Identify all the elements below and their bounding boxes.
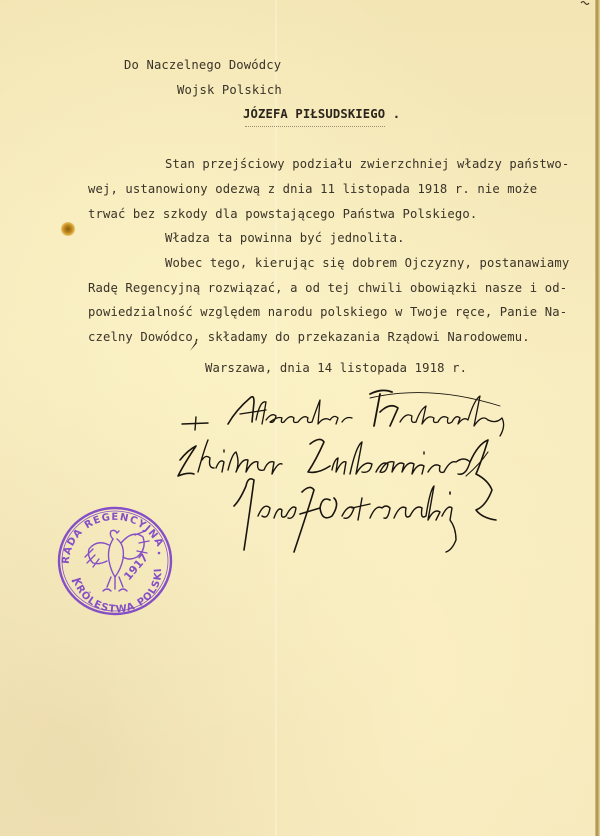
signature-kakowski [228,390,504,436]
cross-mark-icon [182,417,208,430]
address-line-1: Do Naczelnego Dowódcy [124,58,281,72]
body-line-5: Wobec tego, kierując się dobrem Ojczyzny… [165,256,569,270]
body-line-4: Władza ta powinna być jednolita. [165,231,405,245]
body-line-3: trwać bez szkody dla powstającego Państw… [88,207,477,221]
corner-mark-icon [580,0,590,6]
address-line-2: Wojsk Polskich [177,83,282,97]
official-stamp: RADA REGENCYJNA KRÓLESTWA POLSKIEGO 1917 [55,505,175,617]
dotted-underline [245,126,385,129]
ink-spot [61,222,75,236]
place-date: Warszawa, dnia 14 listopada 1918 r. [205,361,467,375]
stamp-year: 1917 [121,551,151,583]
body-line-7: powiedzialność względem narodu polskiego… [88,305,567,319]
paper-edge [595,0,600,836]
body-line-1: Stan przejściowy podziału zwierzchniej w… [165,157,569,171]
body-line-8: czelny Dowódco, składamy do przekazania … [88,330,530,344]
signature-ostrowski [234,479,456,552]
body-line-6: Radę Regencyjną rozwiązać, a od tej chwi… [88,281,567,295]
signatures-block [170,380,570,560]
body-line-2: wej, ustanowiony odezwą z dnia 11 listop… [88,182,537,196]
ink-stroke-mark [188,340,198,352]
addressee-name: JÓZEFA PIŁSUDSKIEGO . [243,107,400,121]
